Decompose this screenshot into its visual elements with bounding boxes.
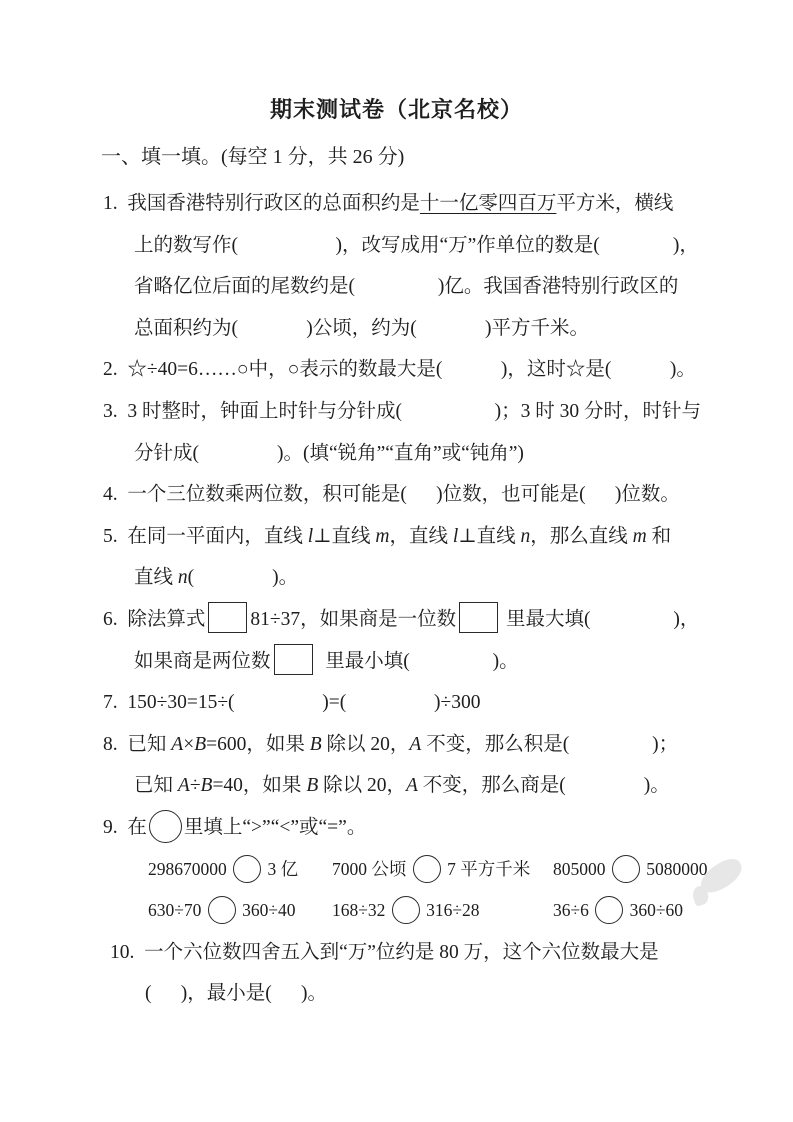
q6-line-1: 6. 除法算式81÷37，如果商是一位数 里最大填( )，	[103, 599, 793, 641]
compare-item: 36÷6 360÷60	[553, 890, 683, 932]
question-text: 已知	[134, 775, 178, 796]
answer-box	[274, 644, 313, 675]
question-text: 如果商是两位数	[134, 651, 271, 672]
q1-line-3: 省略亿位后面的尾数约是( )亿。我国香港特别行政区的	[103, 266, 793, 308]
math-variable: m	[375, 526, 389, 547]
compare-circle	[595, 896, 623, 924]
q10-line-1: 10. 一个六位数四舍五入到“万”位约是 80 万，这个六位数最大是	[103, 932, 793, 974]
compare-circle	[233, 855, 261, 883]
question-text: 3. 3 时整时，钟面上时针与分针成( )；3 时 30 分时，时针与	[103, 401, 701, 422]
question-text: 2. ☆÷40=6……○中，○表示的数最大是( )，这时☆是( )。	[103, 359, 696, 380]
question-text: 里填上“>”“<”或“=”。	[184, 817, 366, 838]
question-text: 平方米，横线	[556, 193, 673, 214]
answer-box	[459, 602, 498, 633]
underlined-text: 十一亿零四百万	[420, 193, 557, 214]
question-text: 3 亿	[263, 859, 298, 879]
question-text: 里最小填( )。	[316, 651, 519, 672]
compare-item: 630÷70 360÷40	[148, 890, 332, 932]
question-text: 除以 20，	[318, 775, 406, 796]
q1-line-2: 上的数写作( )，改写成用“万”作单位的数是( )，	[103, 225, 793, 267]
question-text: 上的数写作( )，改写成用“万”作单位的数是( )，	[134, 235, 699, 256]
question-text: 630÷70	[148, 900, 206, 920]
question-text: 81÷37，如果商是一位数	[250, 609, 456, 630]
compare-circle	[392, 896, 420, 924]
math-variable: B	[201, 775, 213, 796]
compare-item: 168÷32 316÷28	[332, 890, 553, 932]
question-text: 9. 在	[103, 817, 147, 838]
question-text: 316÷28	[422, 900, 480, 920]
question-text: 298670000	[148, 859, 231, 879]
compare-item: 805000 5080000	[553, 849, 708, 891]
compare-circle	[208, 896, 236, 924]
math-variable: A	[171, 734, 183, 755]
question-text: 7 平方千米	[443, 859, 531, 879]
question-text: 8. 已知	[103, 734, 171, 755]
math-variable: m	[633, 526, 647, 547]
q6-line-2: 如果商是两位数 里最小填( )。	[103, 641, 793, 683]
math-variable: A	[178, 775, 190, 796]
compare-item: 7000 公顷 7 平方千米	[332, 849, 553, 891]
math-variable: n	[178, 567, 188, 588]
question-text: ÷	[190, 775, 201, 796]
question-text: 5080000	[642, 859, 708, 879]
question-text: =40，如果	[212, 775, 306, 796]
compare-circle	[149, 810, 182, 843]
section-one-heading: 一、填一填。(每空 1 分，共 26 分)	[0, 142, 793, 172]
q4-line-1: 4. 一个三位数乘两位数，积可能是( )位数，也可能是( )位数。	[103, 474, 793, 516]
question-text: 4. 一个三位数乘两位数，积可能是( )位数，也可能是( )位数。	[103, 484, 680, 505]
question-text: 不变，那么商是( )。	[418, 775, 670, 796]
question-text: 7000 公顷	[332, 859, 411, 879]
question-text: 5. 在同一平面内，直线	[103, 526, 308, 547]
question-text: 7. 150÷30=15÷( )=( )÷300	[103, 692, 480, 713]
q9-line-1: 9. 在里填上“>”“<”或“=”。	[103, 807, 793, 849]
question-text: 和	[647, 526, 671, 547]
q5-line-1: 5. 在同一平面内，直线 l⊥直线 m，直线 l⊥直线 n，那么直线 m 和	[103, 516, 793, 558]
question-text: ( )，最小是( )。	[145, 983, 327, 1004]
math-variable: A	[409, 734, 421, 755]
q1-line-4: 总面积约为( )公顷，约为( )平方千米。	[103, 308, 793, 350]
question-text: 里最大填( )，	[501, 609, 699, 630]
math-variable: A	[406, 775, 418, 796]
math-variable: B	[310, 734, 322, 755]
compare-circle	[413, 855, 441, 883]
question-text: 360÷60	[625, 900, 683, 920]
compare-item: 298670000 3 亿	[148, 849, 332, 891]
q8-line-2: 已知 A÷B=40，如果 B 除以 20，A 不变，那么商是( )。	[103, 765, 793, 807]
paper-title: 期末测试卷（北京名校）	[0, 0, 793, 126]
q3-line-1: 3. 3 时整时，钟面上时针与分针成( )；3 时 30 分时，时针与	[103, 391, 793, 433]
question-text: 直线	[134, 567, 178, 588]
question-text: 不变，那么积是( )；	[421, 734, 678, 755]
question-text: 805000	[553, 859, 610, 879]
answer-box	[208, 602, 247, 633]
questions-list: 1. 我国香港特别行政区的总面积约是十一亿零四百万平方米，横线上的数写作( )，…	[0, 183, 793, 1015]
question-text: ，那么直线	[530, 526, 632, 547]
compare-circle	[612, 855, 640, 883]
q1-line-1: 1. 我国香港特别行政区的总面积约是十一亿零四百万平方米，横线	[103, 183, 793, 225]
math-variable: B	[194, 734, 206, 755]
q9-line-2: 298670000 3 亿7000 公顷 7 平方千米805000 508000…	[103, 849, 793, 891]
q5-line-2: 直线 n( )。	[103, 557, 793, 599]
math-variable: B	[306, 775, 318, 796]
question-text: =600，如果	[206, 734, 310, 755]
q10-line-2: ( )，最小是( )。	[103, 973, 793, 1015]
question-text: 除以 20，	[322, 734, 410, 755]
question-text: ，直线	[390, 526, 453, 547]
question-text: 总面积约为( )公顷，约为( )平方千米。	[134, 318, 589, 339]
question-text: 168÷32	[332, 900, 390, 920]
question-text: 分针成( )。(填“锐角”“直角”或“钝角”)	[134, 443, 524, 464]
q2-line-1: 2. ☆÷40=6……○中，○表示的数最大是( )，这时☆是( )。	[103, 349, 793, 391]
question-text: ×	[183, 734, 194, 755]
test-paper-page: 期末测试卷（北京名校） 一、填一填。(每空 1 分，共 26 分) 1. 我国香…	[0, 0, 793, 1122]
question-text: 36÷6	[553, 900, 593, 920]
question-text: ( )。	[188, 567, 299, 588]
q8-line-1: 8. 已知 A×B=600，如果 B 除以 20，A 不变，那么积是( )；	[103, 724, 793, 766]
question-text: ⊥直线	[458, 526, 520, 547]
question-text: 10. 一个六位数四舍五入到“万”位约是 80 万，这个六位数最大是	[110, 942, 659, 963]
q7-line-1: 7. 150÷30=15÷( )=( )÷300	[103, 682, 793, 724]
question-text: 1. 我国香港特别行政区的总面积约是	[103, 193, 420, 214]
q3-line-2: 分针成( )。(填“锐角”“直角”或“钝角”)	[103, 433, 793, 475]
question-text: 省略亿位后面的尾数约是( )亿。我国香港特别行政区的	[134, 276, 678, 297]
q9-line-3: 630÷70 360÷40168÷32 316÷2836÷6 360÷60	[103, 890, 793, 932]
question-text: 6. 除法算式	[103, 609, 205, 630]
math-variable: n	[521, 526, 531, 547]
question-text: 360÷40	[238, 900, 296, 920]
question-text: ⊥直线	[313, 526, 375, 547]
